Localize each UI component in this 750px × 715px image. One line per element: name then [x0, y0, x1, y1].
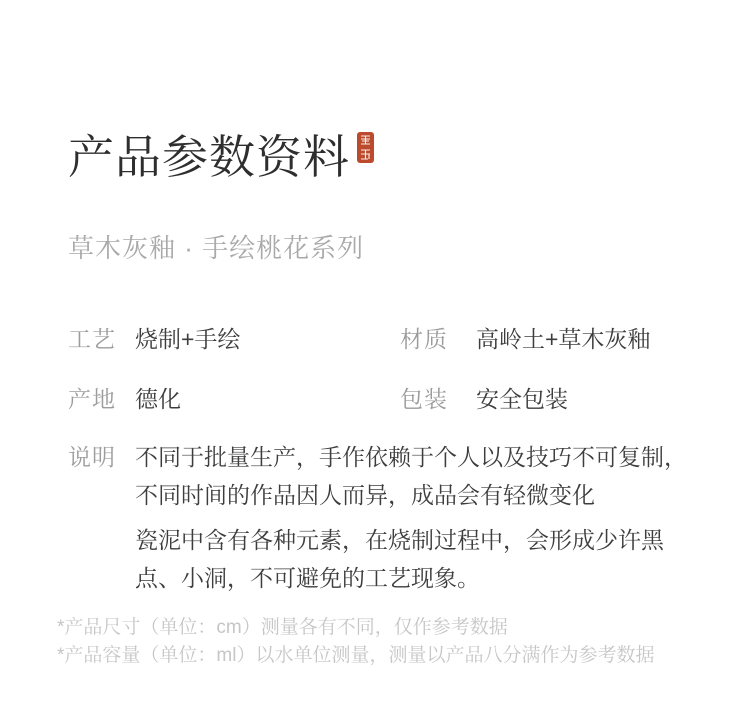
seal-stamp-icon: [357, 132, 374, 163]
spec-label-packaging: 包装: [400, 386, 448, 414]
spec-label-craft: 工艺: [68, 326, 116, 354]
description-paragraph-2: 瓷泥中含有各种元素，在烧制过程中，会形成少许黑点、小洞，不可避免的工艺现象。: [135, 521, 687, 597]
footnote-capacity: *产品容量（单位：ml）以水单位测量，测量以产品八分满作为参考数据: [57, 642, 654, 670]
seal-marks-icon: [357, 132, 374, 163]
footnotes: *产品尺寸（单位：cm）测量各有不同，仅作参考数据 *产品容量（单位：ml）以水…: [57, 614, 654, 670]
description-text: 不同于批量生产，手作依赖于个人以及技巧不可复制，不同时间的作品因人而异，成品会有…: [135, 438, 687, 597]
spec-value-packaging: 安全包装: [476, 386, 568, 414]
spec-label-origin: 产地: [68, 386, 116, 414]
footnote-size: *产品尺寸（单位：cm）测量各有不同，仅作参考数据: [57, 614, 654, 642]
spec-label-material: 材质: [400, 326, 448, 354]
spec-value-origin: 德化: [135, 386, 181, 414]
spec-label-description: 说明: [68, 444, 116, 472]
product-spec-page: 产品参数资料 草木灰釉 · 手绘桃花系列 工艺 烧制+手绘 材质 高岭土+草木灰…: [0, 0, 750, 715]
spec-value-craft: 烧制+手绘: [135, 326, 240, 354]
description-paragraph-1: 不同于批量生产，手作依赖于个人以及技巧不可复制，不同时间的作品因人而异，成品会有…: [135, 438, 687, 514]
spec-value-material: 高岭土+草木灰釉: [476, 326, 650, 354]
page-title: 产品参数资料: [68, 132, 350, 185]
series-subtitle: 草木灰釉 · 手绘桃花系列: [68, 233, 364, 264]
